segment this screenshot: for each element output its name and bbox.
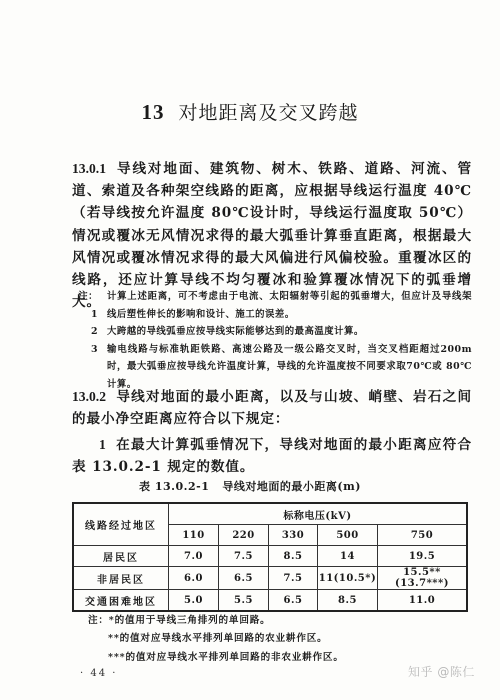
clause-number: 13.0.2: [72, 389, 106, 404]
value-cell: 14: [318, 546, 378, 567]
voltage-cell: 750: [378, 525, 468, 546]
item-text: 在最大计算弧垂情况下，导线对地面的最小距离应符合表 13.0.2-1 规定的数值…: [72, 437, 472, 475]
page-number: · 44 ·: [80, 668, 117, 679]
value-cell: 6.5: [269, 590, 318, 612]
table-caption-number: 表 13.0.2-1: [139, 480, 209, 493]
table-note: **的值对应导线水平排列单回路的农业耕作区。: [88, 630, 468, 648]
min-distance-table: 线路经过地区 标称电压(kV) 110 220 330 500 750 居民区 …: [72, 502, 468, 612]
item-number: 1: [99, 437, 106, 452]
document-page: 13对地距离及交叉跨越 13.0.1导线对地面、建筑物、树木、铁路、道路、河流、…: [0, 0, 500, 700]
note-item: 注：1 计算上述距离，可不考虑由于电流、太阳辐射等引起的弧垂增大，但应计及导线架…: [72, 288, 472, 323]
note-label: 注：1: [72, 288, 107, 323]
region-cell: 居民区: [73, 546, 169, 567]
chapter-title: 13对地距离及交叉跨越: [0, 98, 500, 125]
voltage-cell: 220: [219, 525, 269, 546]
item-1: 1在最大计算弧垂情况下，导线对地面的最小距离应符合表 13.0.2-1 规定的数…: [72, 434, 472, 478]
table-row: 居民区 7.0 7.5 8.5 14 19.5: [73, 546, 467, 567]
value-cell: 11.0: [378, 590, 468, 612]
chapter-number: 13: [141, 100, 164, 124]
voltage-header: 标称电压(kV): [169, 503, 468, 525]
note-text: 大跨越的导线弧垂应按导线实际能够达到的最高温度计算。: [107, 323, 472, 341]
region-header: 线路经过地区: [73, 503, 169, 546]
clause-notes: 注：1 计算上述距离，可不考虑由于电流、太阳辐射等引起的弧垂增大，但应计及导线架…: [72, 288, 472, 394]
note-label: 2: [72, 323, 107, 341]
value-cell: 7.0: [169, 546, 219, 567]
clause-13-0-2: 13.0.2导线对地面的最小距离，以及与山坡、峭壁、岩石之间的最小净空距离应符合…: [72, 386, 472, 430]
value-cell: 5.5: [219, 590, 269, 612]
note-text: 计算上述距离，可不考虑由于电流、太阳辐射等引起的弧垂增大，但应计及导线架线后塑性…: [107, 288, 472, 323]
value-cell: 6.5: [219, 567, 269, 590]
region-cell: 非居民区: [73, 567, 169, 590]
table-notes: 注：*的值用于导线三角排列的单回路。 **的值对应导线水平排列单回路的农业耕作区…: [88, 612, 468, 667]
value-cell: 8.5: [269, 546, 318, 567]
value-cell: 8.5: [318, 590, 378, 612]
value-cell: 6.0: [169, 567, 219, 590]
voltage-cell: 110: [169, 525, 219, 546]
note-item: 2 大跨越的导线弧垂应按导线实际能够达到的最高温度计算。: [72, 323, 472, 341]
table-caption: 表 13.0.2-1 导线对地面的最小距离(m): [0, 478, 500, 494]
table-row: 非居民区 6.0 6.5 7.5 11(10.5*) 15.5**(13.7**…: [73, 567, 467, 590]
chapter-title-text: 对地距离及交叉跨越: [178, 102, 358, 124]
watermark: 知乎 @陈仁: [408, 663, 475, 680]
value-cell: 5.0: [169, 590, 219, 612]
region-cell: 交通困难地区: [73, 590, 169, 612]
value-cell: 7.5: [219, 546, 269, 567]
voltage-cell: 500: [318, 525, 378, 546]
table-row: 交通困难地区 5.0 5.5 6.5 8.5 11.0: [73, 590, 467, 612]
value-cell: 7.5: [269, 567, 318, 590]
table-header-row: 线路经过地区 标称电压(kV): [73, 503, 467, 525]
clause-text: 导线对地面的最小距离，以及与山坡、峭壁、岩石之间的最小净空距离应符合以下规定：: [72, 389, 472, 427]
table-note: 注：*的值用于导线三角排列的单回路。: [88, 612, 468, 630]
value-cell: 19.5: [378, 546, 468, 567]
value-cell: 11(10.5*): [318, 567, 378, 590]
table-caption-title: 导线对地面的最小距离(m): [222, 480, 361, 493]
value-cell: 15.5**(13.7***): [378, 567, 468, 590]
clause-number: 13.0.1: [72, 161, 106, 176]
voltage-cell: 330: [269, 525, 318, 546]
